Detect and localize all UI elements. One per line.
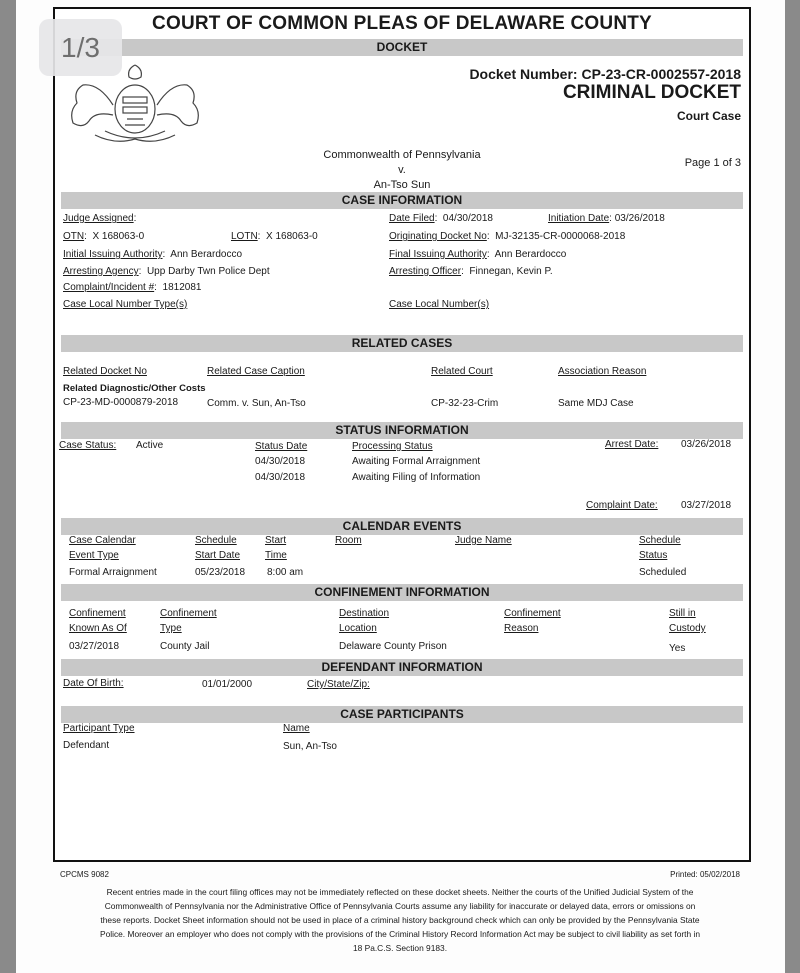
docket-bar: DOCKET — [61, 39, 743, 56]
local-numbers-label: Case Local Number(s) — [389, 299, 489, 310]
court-title: COURT OF COMMON PLEAS OF DELAWARE COUNTY — [55, 13, 749, 35]
related-group-label: Related Diagnostic/Other Costs — [63, 383, 206, 394]
related-col-caption: Related Case Caption — [207, 366, 305, 377]
column-header: Destination — [339, 608, 389, 619]
judge-assigned-field: Judge Assigned: — [63, 213, 136, 224]
column-header: Reason — [504, 623, 538, 634]
viewer-edge-right — [785, 0, 800, 973]
related-col-reason: Association Reason — [558, 366, 646, 377]
column-header: Time — [265, 550, 287, 561]
docket-number: Docket Number: CP-23-CR-0002557-2018 — [469, 66, 741, 82]
printed-date: Printed: 05/02/2018 — [670, 870, 740, 879]
section-calendar-events: CALENDAR EVENTS — [61, 518, 743, 535]
column-header: Type — [160, 623, 182, 634]
column-header: Start Date — [195, 550, 240, 561]
final-authority-field: Final Issuing Authority: Ann Berardocco — [389, 249, 566, 260]
page-indicator: 1/3 — [39, 19, 122, 76]
processing-status: Awaiting Filing of Information — [352, 472, 480, 483]
section-status-information: STATUS INFORMATION — [61, 422, 743, 439]
initiation-date-field: Initiation Date: 03/26/2018 — [548, 213, 665, 224]
related-col-court: Related Court — [431, 366, 493, 377]
related-court: CP-32-23-Crim — [431, 398, 498, 409]
confinement-known-as-of: 03/27/2018 — [69, 641, 119, 652]
complaint-date-label: Complaint Date: — [586, 500, 658, 511]
dob-label: Date Of Birth: — [63, 678, 124, 689]
caption-plaintiff: Commonwealth of Pennsylvania — [55, 149, 749, 161]
status-date: 04/30/2018 — [255, 472, 305, 483]
section-related-cases: RELATED CASES — [61, 335, 743, 352]
docket-frame: COURT OF COMMON PLEAS OF DELAWARE COUNTY… — [53, 7, 751, 862]
column-header: Schedule — [195, 535, 237, 546]
arrest-date-label: Arrest Date: — [605, 439, 658, 450]
participant-type: Defendant — [63, 740, 109, 751]
destination-location: Delaware County Prison — [339, 641, 447, 652]
city-state-zip-label: City/State/Zip: — [307, 679, 370, 690]
participant-name: Sun, An-Tso — [283, 741, 337, 752]
event-type: Formal Arraignment — [69, 567, 157, 578]
column-header: Room — [335, 535, 362, 546]
local-number-type-label: Case Local Number Type(s) — [63, 299, 187, 310]
column-header: Custody — [669, 623, 706, 634]
complaint-field: Complaint/Incident #: 1812081 — [63, 282, 201, 293]
form-code: CPCMS 9082 — [60, 870, 109, 879]
disclaimer: Recent entries made in the court filing … — [95, 885, 705, 955]
still-in-custody: Yes — [669, 643, 685, 654]
event-start-time: 8:00 am — [267, 567, 303, 578]
section-defendant-information: DEFENDANT INFORMATION — [61, 659, 743, 676]
initial-authority-field: Initial Issuing Authority: Ann Berardocc… — [63, 249, 242, 260]
processing-status: Awaiting Formal Arraignment — [352, 456, 480, 467]
status-date: 04/30/2018 — [255, 456, 305, 467]
case-kind: Court Case — [677, 109, 741, 123]
case-status-label: Case Status: — [59, 440, 116, 451]
column-header: Judge Name — [455, 535, 512, 546]
complaint-date-value: 03/27/2018 — [681, 500, 731, 511]
case-status-value: Active — [136, 440, 163, 451]
related-docket-link[interactable]: CP-23-MD-0000879-2018 — [63, 397, 178, 408]
related-caption: Comm. v. Sun, An-Tso — [207, 398, 306, 409]
caption-defendant: An-Tso Sun — [55, 179, 749, 191]
date-filed-field: Date Filed: 04/30/2018 — [389, 213, 493, 224]
otn-field: OTN: X 168063-0 — [63, 231, 144, 242]
viewer-edge-left — [0, 0, 16, 973]
participant-type-header: Participant Type — [63, 723, 135, 734]
caption-versus: v. — [55, 164, 749, 176]
arrest-date-value: 03/26/2018 — [681, 439, 731, 450]
processing-status-header: Processing Status — [352, 441, 433, 452]
column-header: Start — [265, 535, 286, 546]
document-type: CRIMINAL DOCKET — [563, 82, 741, 104]
arresting-officer-field: Arresting Officer: Finnegan, Kevin P. — [389, 266, 553, 277]
column-header: Confinement — [69, 608, 126, 619]
event-status: Scheduled — [639, 567, 686, 578]
originating-docket-field: Originating Docket No: MJ-32135-CR-00000… — [389, 231, 625, 242]
event-start-date: 05/23/2018 — [195, 567, 245, 578]
dob-value: 01/01/2000 — [202, 679, 252, 690]
column-header: Confinement — [504, 608, 561, 619]
column-header: Location — [339, 623, 377, 634]
column-header: Event Type — [69, 550, 119, 561]
status-date-header: Status Date — [255, 441, 307, 452]
participant-name-header: Name — [283, 723, 310, 734]
column-header: Case Calendar — [69, 535, 136, 546]
section-case-participants: CASE PARTICIPANTS — [61, 706, 743, 723]
column-header: Status — [639, 550, 667, 561]
related-reason: Same MDJ Case — [558, 398, 634, 409]
column-header: Known As Of — [69, 623, 127, 634]
section-confinement-information: CONFINEMENT INFORMATION — [61, 584, 743, 601]
section-case-information: CASE INFORMATION — [61, 192, 743, 209]
column-header: Confinement — [160, 608, 217, 619]
column-header: Schedule — [639, 535, 681, 546]
arresting-agency-field: Arresting Agency: Upp Darby Twn Police D… — [63, 266, 270, 277]
column-header: Still in — [669, 608, 696, 619]
related-col-docket: Related Docket No — [63, 366, 147, 377]
confinement-type: County Jail — [160, 641, 209, 652]
lotn-field: LOTN: X 168063-0 — [231, 231, 318, 242]
